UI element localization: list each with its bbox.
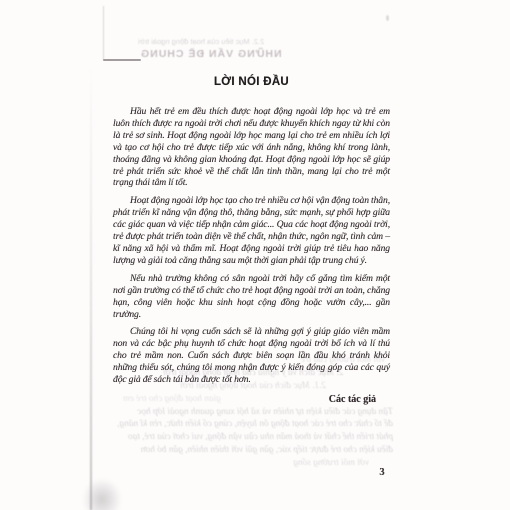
body-paragraph: Hoạt động ngoài lớp học tạo cho trẻ nhiề… <box>113 195 390 266</box>
body-paragraph: Nếu nhà trường không có sân ngoài trời h… <box>113 273 390 321</box>
body-paragraph: Hầu hết trẻ em đều thích được hoạt động … <box>113 106 390 189</box>
bleedthrough-line: để tổ chức cho trẻ các hoạt động ôn luyệ… <box>113 418 393 431</box>
author-signature: Các tác giả <box>113 394 390 405</box>
page-fold-line <box>103 6 104 60</box>
page-number: 3 <box>374 467 390 478</box>
text-column: Hầu hết trẻ em đều thích được hoạt động … <box>113 106 390 405</box>
bleedthrough-line: điều kiện cho trẻ được tiếp xúc, gần gũi… <box>113 444 393 457</box>
bleedthrough-header: NHỮNG VẤN ĐỀ CHUNG <box>140 48 282 60</box>
scan-speck <box>386 15 389 21</box>
bleedthrough-line: phát triển thể chất và thoả mãn nhu cầu … <box>113 431 393 444</box>
bleedthrough-rule <box>103 59 141 61</box>
bleedthrough-small-text: 2.2. Mục tiêu của hoạt động ngoài trời <box>138 37 264 46</box>
scan-smudge <box>82 478 122 510</box>
body-paragraphs: Hầu hết trẻ em đều thích được hoạt động … <box>113 106 390 386</box>
bleedthrough-line: Tận dụng các điều kiện tự nhiên và xã hộ… <box>113 406 393 419</box>
scanned-book-page: 2.2. Mục tiêu của hoạt động ngoài trời N… <box>0 0 510 510</box>
bleedthrough-line: với môi trường sống <box>113 457 393 470</box>
page-title: LỜI NÓI ĐẦU <box>113 76 390 88</box>
body-paragraph: Chúng tôi hi vọng cuốn sách sẽ là những … <box>113 326 390 386</box>
page-edge-shadow <box>90 60 92 510</box>
